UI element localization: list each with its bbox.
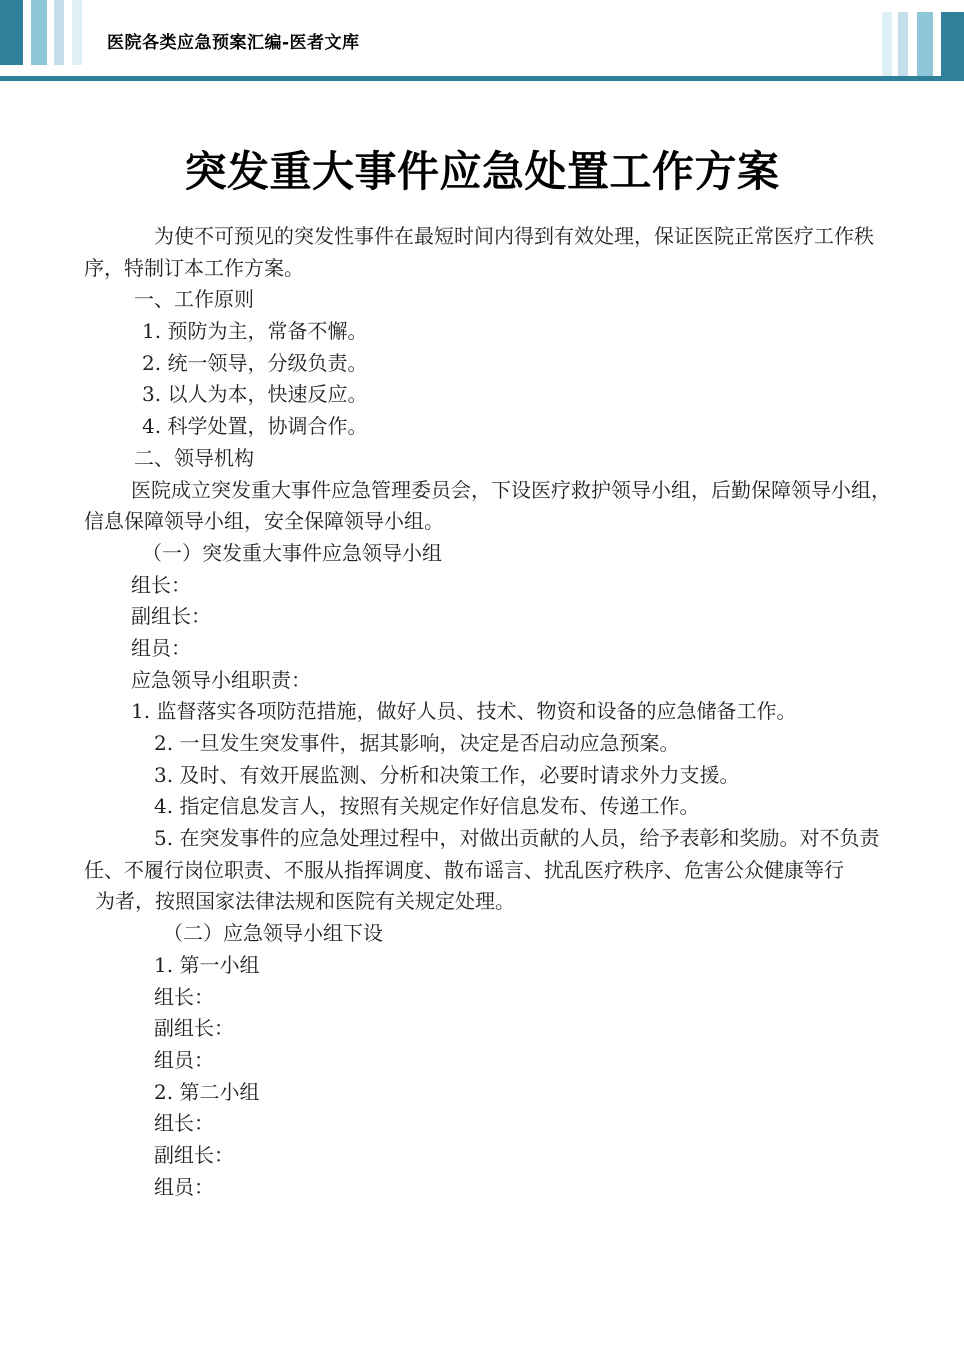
doc-line: 2. 统一领导，分级负责。 xyxy=(84,348,884,380)
doc-line: 组长： xyxy=(84,1108,884,1140)
doc-line: 副组长： xyxy=(84,1140,884,1172)
doc-line: 为使不可预见的突发性事件在最短时间内得到有效处理，保证医院正常医疗工作秩 xyxy=(84,221,884,253)
doc-line: 任、不履行岗位职责、不服从指挥调度、散布谣言、扰乱医疗秩序、危害公众健康等行 xyxy=(84,855,884,887)
doc-line: 组员： xyxy=(84,1172,884,1204)
doc-line: 2. 一旦发生突发事件，据其影响，决定是否启动应急预案。 xyxy=(84,728,884,760)
doc-line: 3. 以人为本，快速反应。 xyxy=(84,379,884,411)
header-stripe-left-3 xyxy=(72,0,82,65)
doc-line: 一、工作原则 xyxy=(84,284,884,316)
header-stripe-left-1 xyxy=(31,0,47,65)
header-accent-block-right xyxy=(941,12,964,81)
doc-line: 组员： xyxy=(84,633,884,665)
doc-line: 副组长： xyxy=(84,1013,884,1045)
doc-line: 2. 第二小组 xyxy=(84,1077,884,1109)
header-divider-bar xyxy=(0,76,964,81)
doc-line: 组员： xyxy=(84,1045,884,1077)
page: { "header": { "brand_text": "医院各类应急预案汇编-… xyxy=(0,0,964,1365)
doc-line: 组长： xyxy=(84,982,884,1014)
doc-line: 4. 指定信息发言人，按照有关规定作好信息发布、传递工作。 xyxy=(84,791,884,823)
document-title: 突发重大事件应急处置工作方案 xyxy=(0,146,964,198)
doc-line: 应急领导小组职责： xyxy=(84,665,884,697)
doc-line: 1. 预防为主，常备不懈。 xyxy=(84,316,884,348)
doc-line: 4. 科学处置，协调合作。 xyxy=(84,411,884,443)
header-stripe-right-1 xyxy=(917,12,933,77)
header-stripe-right-3 xyxy=(882,12,892,77)
header-stripe-right-2 xyxy=(898,12,908,77)
doc-line: 医院成立突发重大事件应急管理委员会，下设医疗救护领导小组，后勤保障领导小组， xyxy=(84,475,884,507)
header-accent-block-left xyxy=(0,0,23,65)
header-brand-text: 医院各类应急预案汇编-医者文库 xyxy=(107,28,360,53)
doc-line: 信息保障领导小组，安全保障领导小组。 xyxy=(84,506,884,538)
document-lines: 为使不可预见的突发性事件在最短时间内得到有效处理，保证医院正常医疗工作秩序，特制… xyxy=(84,221,884,1203)
header-stripe-left-2 xyxy=(54,0,64,65)
doc-line: 3. 及时、有效开展监测、分析和决策工作，必要时请求外力支援。 xyxy=(84,760,884,792)
doc-line: （二）应急领导小组下设 xyxy=(84,918,884,950)
doc-line: 二、领导机构 xyxy=(84,443,884,475)
doc-line: 1. 第一小组 xyxy=(84,950,884,982)
doc-line: （一）突发重大事件应急领导小组 xyxy=(84,538,884,570)
doc-line: 组长： xyxy=(84,570,884,602)
doc-line: 副组长： xyxy=(84,601,884,633)
doc-line: 序，特制订本工作方案。 xyxy=(84,253,884,285)
doc-line: 5. 在突发事件的应急处理过程中，对做出贡献的人员，给予表彰和奖励。对不负责 xyxy=(84,823,884,855)
doc-line: 为者，按照国家法律法规和医院有关规定处理。 xyxy=(84,886,884,918)
doc-line: 1. 监督落实各项防范措施，做好人员、技术、物资和设备的应急储备工作。 xyxy=(84,696,884,728)
